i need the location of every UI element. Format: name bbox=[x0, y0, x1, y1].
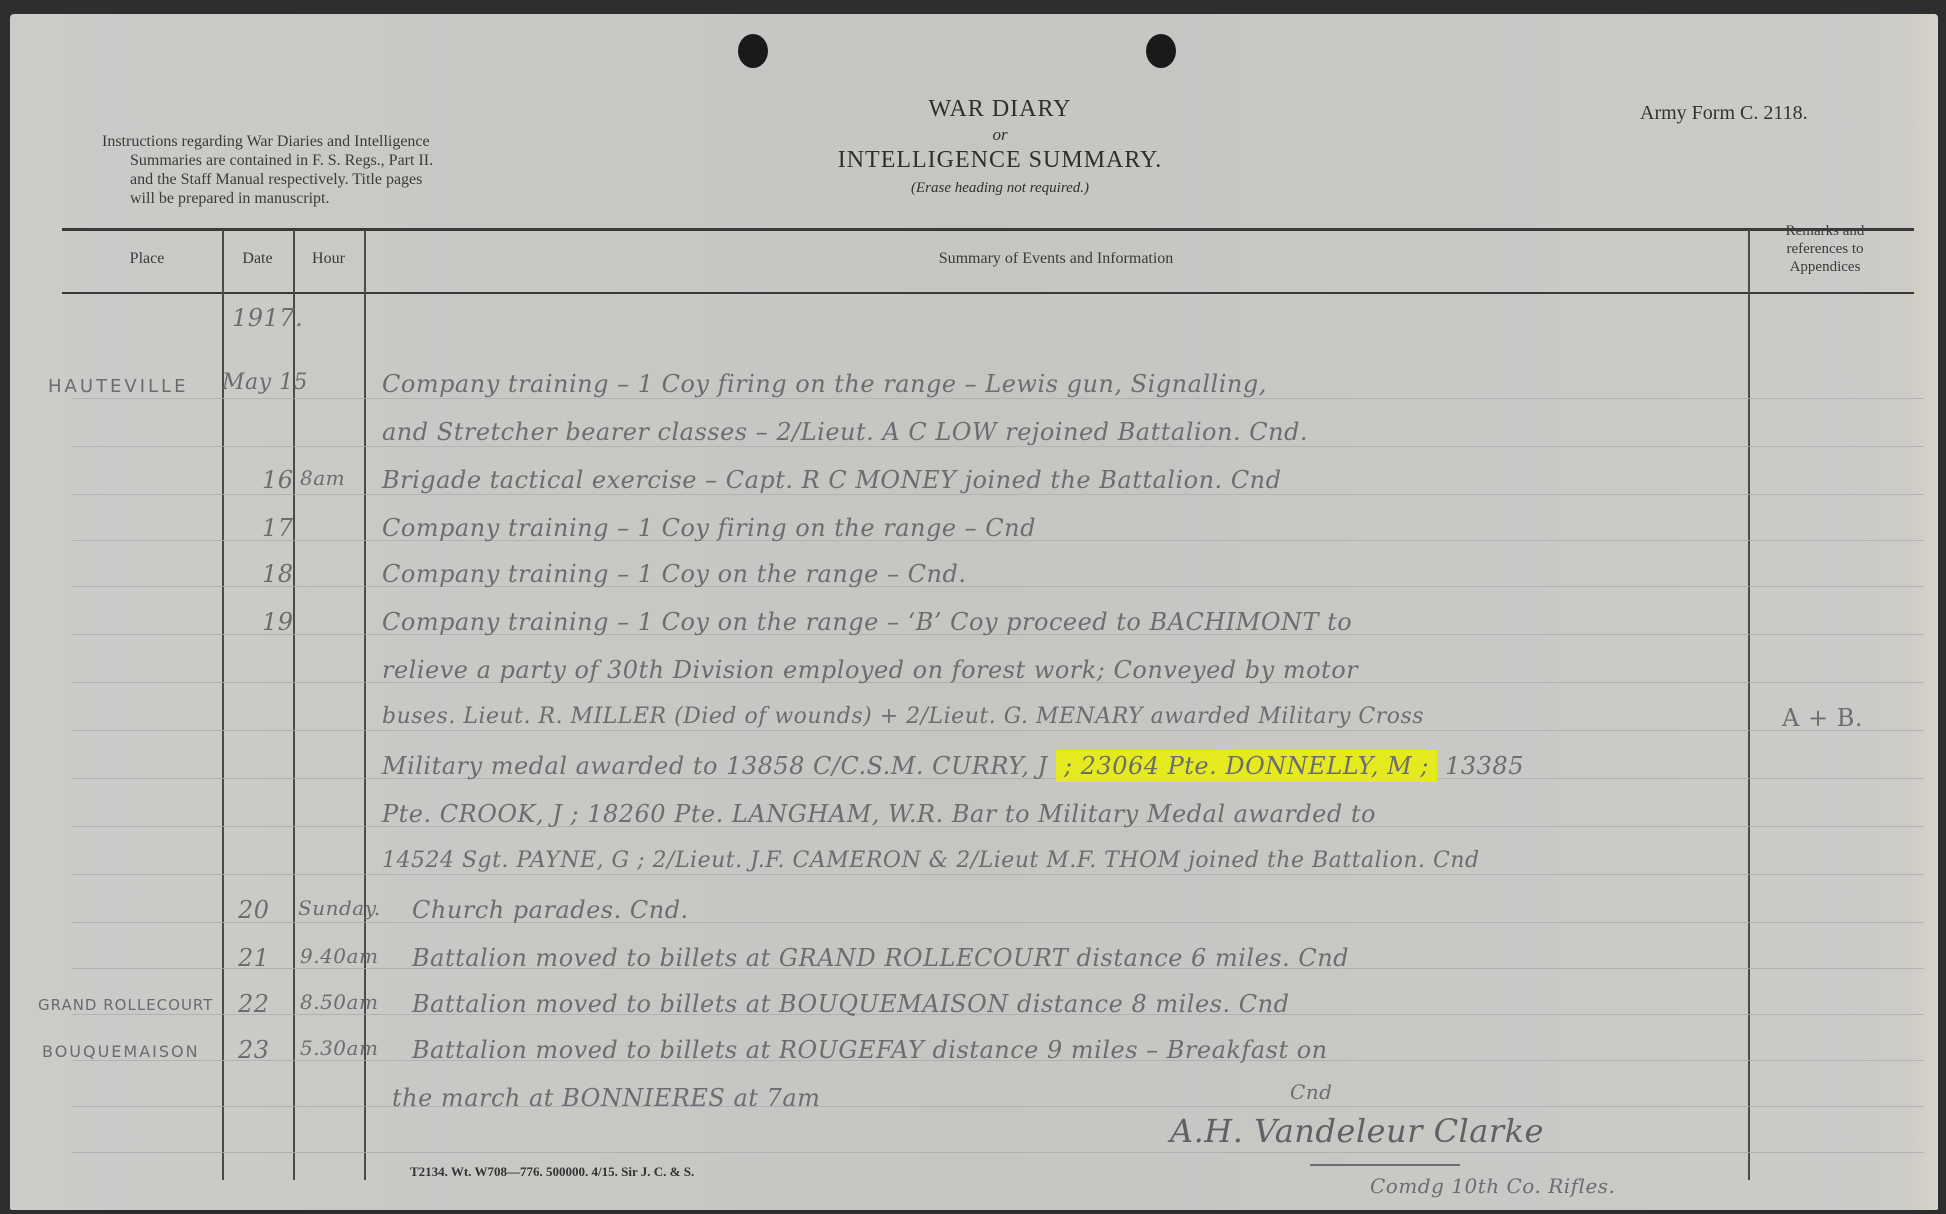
hour-cell: 9.40am bbox=[300, 944, 378, 968]
col-header-date: Date bbox=[222, 250, 293, 268]
summary-line: Battalion moved to billets at GRAND ROLL… bbox=[412, 944, 1349, 972]
war-diary-page: Instructions regarding War Diaries and I… bbox=[10, 14, 1938, 1210]
remarks-header-line: references to bbox=[1750, 240, 1900, 258]
summary-text: 13385 bbox=[1445, 752, 1524, 780]
summary-line: Company training – 1 Coy on the range – … bbox=[382, 608, 1352, 636]
instructions-line: Summaries are contained in F. S. Regs., … bbox=[102, 151, 622, 170]
summary-text: Military medal awarded to 13858 C/C.S.M.… bbox=[382, 752, 1048, 780]
title-intelligence-summary: INTELLIGENCE SUMMARY. bbox=[730, 147, 1270, 174]
form-title: WAR DIARY or INTELLIGENCE SUMMARY. (Eras… bbox=[730, 96, 1270, 197]
summary-line: buses. Lieut. R. MILLER (Died of wounds)… bbox=[382, 704, 1424, 729]
punch-hole-right bbox=[1146, 34, 1176, 68]
hour-cell: 8am bbox=[300, 466, 345, 490]
title-war-diary: WAR DIARY bbox=[730, 96, 1270, 123]
col-header-place: Place bbox=[72, 250, 222, 268]
hour-cell: Sunday. bbox=[298, 896, 381, 920]
date-cell: 18 bbox=[262, 560, 294, 588]
col-divider-summary-remarks bbox=[1748, 230, 1750, 1180]
summary-line: Pte. CROOK, J ; 18260 Pte. LANGHAM, W.R.… bbox=[382, 800, 1376, 828]
ruled-line bbox=[72, 446, 1924, 447]
summary-line: Military medal awarded to 13858 C/C.S.M.… bbox=[382, 752, 1524, 780]
summary-line: Brigade tactical exercise – Capt. R C MO… bbox=[382, 466, 1282, 494]
place-cell: GRAND ROLLECOURT bbox=[38, 996, 213, 1014]
date-cell: 22 bbox=[238, 990, 270, 1018]
ruled-line bbox=[72, 1152, 1924, 1153]
summary-line: and Stretcher bearer classes – 2/Lieut. … bbox=[382, 418, 1308, 446]
date-cell: 19 bbox=[262, 608, 294, 636]
date-cell: 21 bbox=[238, 944, 270, 972]
date-cell: 23 bbox=[238, 1036, 270, 1064]
summary-line: relieve a party of 30th Division employe… bbox=[382, 656, 1358, 684]
instructions-line: and the Staff Manual respectively. Title… bbox=[102, 170, 622, 189]
place-cell: HAUTEVILLE bbox=[48, 376, 188, 397]
hour-cell: 8.50am bbox=[300, 990, 378, 1014]
printer-code: T2134. Wt. W708—776. 500000. 4/15. Sir J… bbox=[410, 1164, 694, 1180]
hour-cell: 5.30am bbox=[300, 1036, 378, 1060]
summary-line: Battalion moved to billets at BOUQUEMAIS… bbox=[412, 990, 1289, 1018]
col-header-summary: Summary of Events and Information bbox=[364, 250, 1748, 268]
summary-line: the march at BONNIERES at 7am bbox=[392, 1084, 820, 1112]
erase-note: (Erase heading not required.) bbox=[730, 180, 1270, 197]
army-form-number: Army Form C. 2118. bbox=[1640, 102, 1808, 125]
paper-edge bbox=[1908, 14, 1938, 1210]
summary-line: Company training – 1 Coy on the range – … bbox=[382, 560, 966, 588]
date-cell: 17 bbox=[262, 514, 294, 542]
col-header-hour: Hour bbox=[293, 250, 364, 268]
remarks-header-line: Appendices bbox=[1750, 258, 1900, 276]
ruled-line bbox=[72, 586, 1924, 587]
summary-line: Battalion moved to billets at ROUGEFAY d… bbox=[412, 1036, 1328, 1064]
ruled-line bbox=[72, 874, 1924, 875]
remarks-header-line: Remarks and bbox=[1750, 222, 1900, 240]
punch-hole-left bbox=[738, 34, 768, 68]
ruled-line bbox=[72, 398, 1924, 399]
signature-underline bbox=[1310, 1164, 1460, 1166]
place-cell: BOUQUEMAISON bbox=[42, 1042, 200, 1061]
col-header-remarks: Remarks and references to Appendices bbox=[1750, 222, 1900, 276]
header-bottom-rule bbox=[62, 292, 1914, 294]
year: 1917. bbox=[232, 304, 303, 332]
instructions-line: will be prepared in manuscript. bbox=[102, 189, 622, 208]
ruled-line bbox=[72, 730, 1924, 731]
instructions-note: Instructions regarding War Diaries and I… bbox=[102, 132, 622, 208]
summary-line: Company training – 1 Coy firing on the r… bbox=[382, 370, 1267, 398]
signature-role: Comdg 10th Co. Rifles. bbox=[1370, 1174, 1615, 1198]
ruled-line bbox=[72, 922, 1924, 923]
signature-initials: Cnd bbox=[1290, 1080, 1333, 1104]
table-top-rule bbox=[62, 228, 1914, 231]
summary-line: 14524 Sgt. PAYNE, G ; 2/Lieut. J.F. CAME… bbox=[382, 848, 1480, 873]
date-cell: 16 bbox=[262, 466, 294, 494]
instructions-line: Instructions regarding War Diaries and I… bbox=[102, 132, 622, 151]
summary-line: Company training – 1 Coy firing on the r… bbox=[382, 514, 1036, 542]
remarks-cell: A + B. bbox=[1782, 704, 1863, 732]
ruled-line bbox=[72, 494, 1924, 495]
date-cell: May 15 bbox=[222, 370, 308, 395]
signature-name: A.H. Vandeleur Clarke bbox=[1170, 1112, 1544, 1150]
date-cell: 20 bbox=[238, 896, 270, 924]
highlighted-text: ; 23064 Pte. DONNELLY, M ; bbox=[1056, 750, 1437, 782]
summary-line: Church parades. Cnd. bbox=[412, 896, 689, 924]
title-or: or bbox=[730, 125, 1270, 145]
ruled-line bbox=[72, 1106, 1924, 1107]
